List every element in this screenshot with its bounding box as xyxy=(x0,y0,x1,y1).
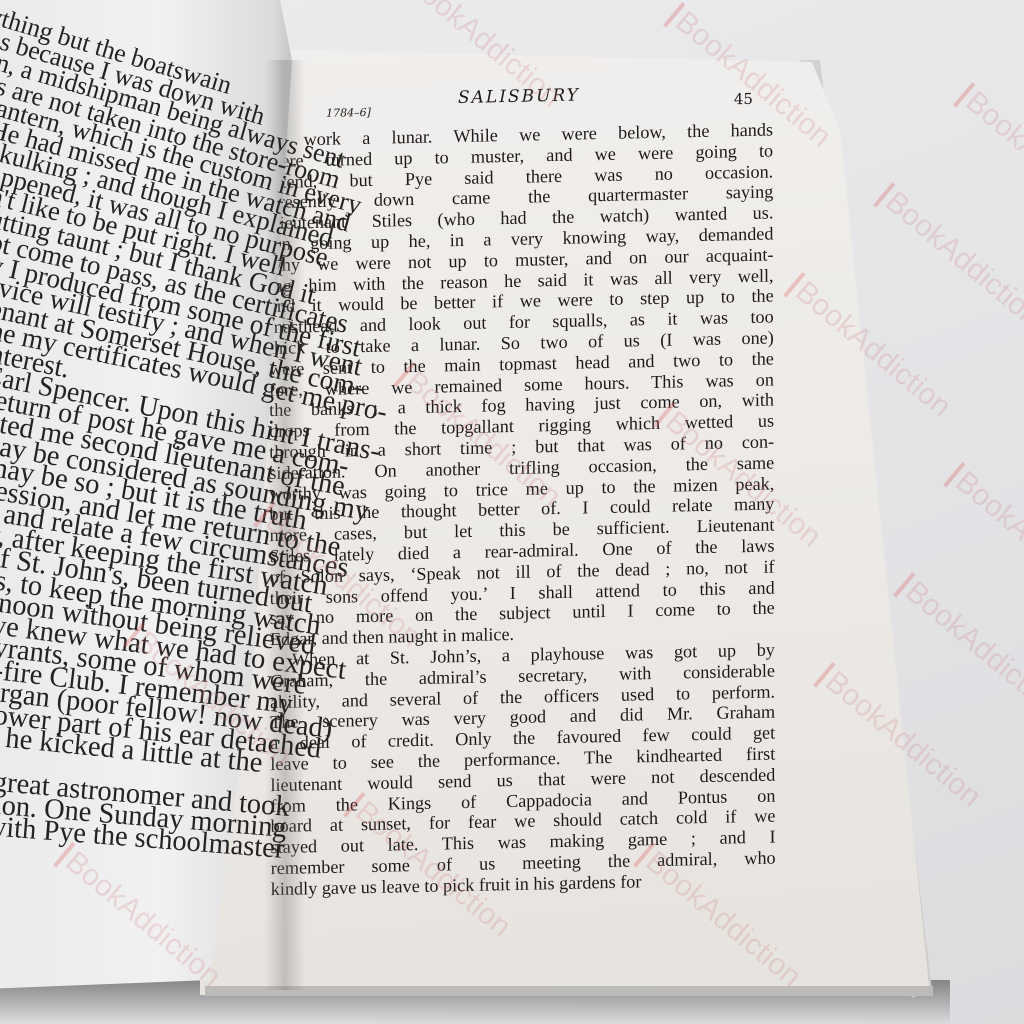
running-head-title: SALISBURY xyxy=(458,85,580,108)
running-head-date: 1784–6] xyxy=(326,106,371,120)
page-number: 45 xyxy=(734,90,753,108)
page-bottom-edge xyxy=(205,986,933,996)
